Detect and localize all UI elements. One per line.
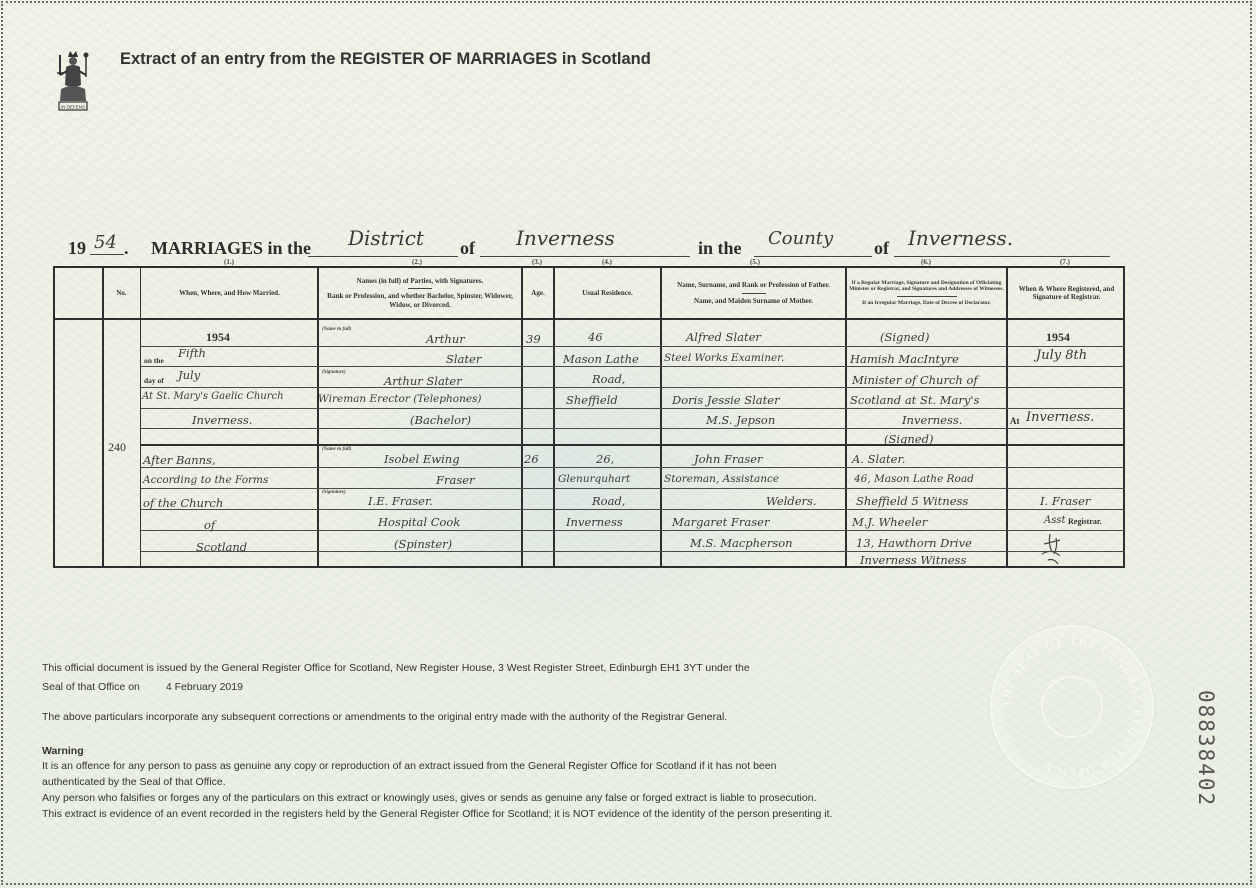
bride-residence-line4: Inverness (566, 515, 623, 529)
column-number-3: (3.) (532, 258, 542, 266)
registrar-signature: I. Fraser (1040, 494, 1090, 508)
marriage-how-line5: Scotland (196, 540, 247, 554)
column-number-4: (4.) (602, 258, 612, 266)
header-registered: When & Where Registered, and Signature o… (1008, 268, 1125, 318)
registration-place: Inverness. (1026, 410, 1094, 425)
warning-line3: Any person who falsifies or forges any o… (42, 792, 817, 804)
witness-1-address: 46, Mason Lathe Road (854, 473, 974, 485)
witness-signed: (Signed) (884, 432, 933, 446)
bride-surname: Fraser (436, 473, 475, 487)
registration-at-label: At (1010, 416, 1020, 426)
witness-1-city: Sheffield 5 Witness (856, 494, 968, 508)
bride-residence-line3: Road, (592, 494, 625, 508)
column-number-7: (7.) (1060, 258, 1070, 266)
column-number-5: (5.) (750, 258, 760, 266)
bride-father-name: John Fraser (694, 452, 763, 466)
bride-name-label: (Name in full) (322, 447, 351, 452)
marriages-in-the-label: MARRIAGES in the (151, 238, 311, 259)
bride-status: (Spinster) (394, 537, 452, 551)
year-prefix: 19 (68, 238, 86, 259)
warning-title: Warning (42, 745, 84, 757)
bride-occupation: Hospital Cook (378, 515, 460, 529)
county-type: County (768, 228, 833, 249)
marriage-month: July (178, 368, 200, 382)
header-residence: Usual Residence. (555, 268, 660, 318)
bride-mother-name: Margaret Fraser (672, 515, 769, 529)
bride-residence-line1: 26, (596, 452, 614, 466)
royal-crest-icon: IN DEFENS (55, 45, 91, 113)
witness-1-name: A. Slater. (852, 452, 905, 466)
header-when-where-how: When, Where, and How Married. (142, 268, 317, 318)
officiant-signed-1: (Signed) (880, 330, 929, 344)
marriage-how-line1: After Banns, (143, 453, 216, 467)
bride-mother-maiden: M.S. Macpherson (690, 536, 793, 550)
particulars-statement: The above particulars incorporate any su… (42, 711, 727, 723)
warning-line1: It is an offence for any person to pass … (42, 760, 776, 772)
day-of-label: day of (144, 376, 164, 385)
witness-2-name: M.J. Wheeler (852, 515, 927, 529)
groom-father-name: Alfred Slater (686, 330, 761, 344)
marriage-how-line3: of the Church (143, 496, 223, 510)
groom-signature-label: (Signature) (322, 370, 346, 375)
witness-2-city: Inverness Witness (860, 553, 966, 567)
marriage-year: 1954 (206, 330, 230, 345)
officiant-title-line2: Scotland at St. Mary's (850, 393, 979, 407)
issued-statement-line2: Seal of that Office on4 February 2019 (42, 681, 243, 693)
on-the-label: on the (144, 356, 164, 365)
marriage-day: Fifth (178, 346, 206, 360)
registrar-initials-icon (1038, 530, 1068, 566)
certificate-page: IN DEFENS Extract of an entry from the R… (0, 0, 1256, 888)
issued-statement-line1: This official document is issued by the … (42, 662, 750, 674)
groom-status: (Bachelor) (410, 413, 471, 427)
bride-father-occupation-2: Welders. (766, 494, 817, 508)
header-no: No. (103, 268, 140, 318)
groom-mother-maiden: M.S. Jepson (706, 413, 775, 427)
groom-residence-line4: Sheffield (566, 393, 618, 407)
bride-residence-line2: Glenurquhart (558, 473, 630, 485)
groom-mother-name: Doris Jessie Slater (672, 393, 780, 407)
header-officiant-witnesses: If a Regular Marriage, Signature and Des… (847, 268, 1006, 318)
of-label-2: of (874, 238, 889, 259)
registration-year: 1954 (1046, 330, 1070, 345)
groom-name-label: (Name in full) (322, 327, 351, 332)
officiant-place: Inverness. (902, 413, 962, 427)
year-suffix: 54 (94, 232, 117, 253)
issue-date: 4 February 2019 (166, 681, 243, 693)
marriage-place-line1: At St. Mary's Gaelic Church (142, 391, 284, 402)
district-name: Inverness (516, 226, 615, 250)
groom-signature: Arthur Slater (384, 374, 462, 388)
registrar-title: Registrar. (1068, 517, 1102, 526)
groom-residence-line1: 46 (588, 330, 603, 344)
header-names: Names (in full) of Parties, with Signatu… (319, 268, 521, 318)
column-number-1: (1.) (224, 258, 234, 266)
marriage-place-line2: Inverness. (192, 413, 252, 427)
officiant-title-line1: Minister of Church of (852, 373, 978, 387)
serial-number: 08838402 (1188, 690, 1218, 807)
bride-father-occupation: Storeman, Assistance (664, 473, 779, 485)
column-number-2: (2.) (412, 258, 422, 266)
bride-signature-label: (Signature) (322, 490, 346, 495)
groom-occupation: Wireman Erector (Telephones) (318, 393, 482, 405)
bride-forename: Isobel Ewing (384, 452, 460, 466)
of-label-1: of (460, 238, 475, 259)
marriage-how-line2: According to the Forms (143, 474, 268, 486)
bride-age: 26 (524, 452, 539, 466)
embossed-seal: THE SEAL OF THE GENERAL REGISTER OFFICE (990, 625, 1154, 789)
groom-father-occupation: Steel Works Examiner. (664, 352, 784, 364)
svg-text:THE SEAL OF THE GENERAL REGIST: THE SEAL OF THE GENERAL REGISTER OFFICE (1001, 636, 1143, 778)
district-type: District (348, 226, 424, 250)
groom-residence-line3: Road, (592, 372, 625, 386)
groom-residence-line2: Mason Lathe (563, 352, 639, 366)
county-name: Inverness. (908, 226, 1013, 250)
document-title: Extract of an entry from the REGISTER OF… (120, 50, 651, 69)
svg-text:IN DEFENS: IN DEFENS (61, 105, 85, 110)
header-parents: Name, Surname, and Rank or Profession of… (662, 268, 845, 318)
entry-number: 240 (108, 440, 126, 455)
registration-date: July 8th (1036, 348, 1087, 363)
marriage-how-line4: of (204, 518, 215, 532)
groom-surname: Slater (446, 352, 481, 366)
groom-age: 39 (526, 332, 541, 346)
warning-line4: This extract is evidence of an event rec… (42, 808, 832, 820)
header-age: Age. (523, 268, 553, 318)
registrar-title-prefix: Asst (1044, 515, 1066, 526)
seal-icon: THE SEAL OF THE GENERAL REGISTER OFFICE (992, 627, 1152, 787)
in-the-label: in the (698, 238, 742, 259)
warning-line2: authenticated by the Seal of that Office… (42, 776, 226, 788)
column-number-6: (6.) (921, 258, 931, 266)
groom-forename: Arthur (426, 332, 465, 346)
officiant-name: Hamish MacIntyre (850, 352, 959, 366)
witness-2-address: 13, Hawthorn Drive (856, 536, 972, 550)
bride-signature: I.E. Fraser. (368, 494, 433, 508)
